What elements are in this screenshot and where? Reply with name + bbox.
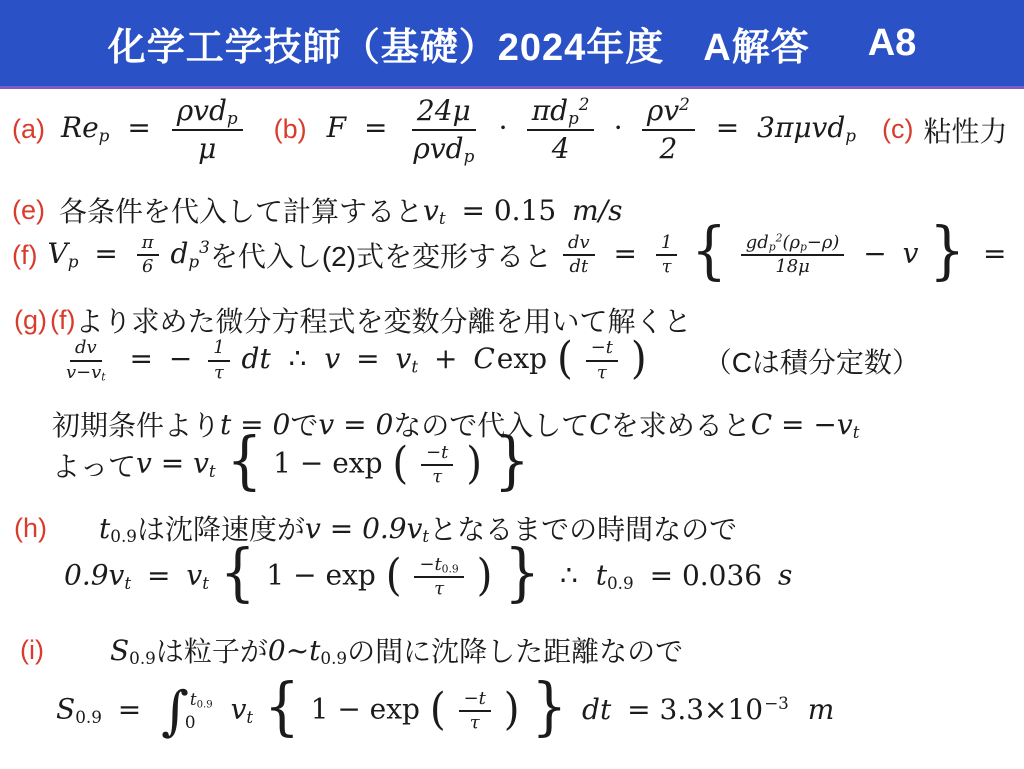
unit-m: m — [808, 693, 835, 726]
exp: exp — [497, 342, 547, 375]
unit-ms: m/s — [572, 194, 622, 227]
fraction: 1 τ — [656, 233, 677, 278]
var-C: C — [473, 342, 494, 375]
answer-e-text: 各条件を代入して計算すると — [59, 190, 423, 230]
label-e: (e) — [12, 197, 45, 224]
formula-h: 0.9vt = vt { 1 − exp ( −t0.9 τ ) } ∴ t0.… — [64, 552, 792, 602]
label-g: (g) — [14, 307, 47, 334]
answer-e-row: (e) 各条件を代入して計算すると vt = 0.15 m/s — [12, 190, 622, 230]
answer-h-heading: (h) t0.9 は沈降速度が v = 0.9vt となるまでの時間なので — [14, 508, 737, 548]
formula-f-right: dv dt = 1 τ { gdp2(ρp−ρ) 18μ − v } = 1 τ… — [560, 230, 1024, 280]
slide: 化学工学技師（基礎）2024年度 A解答 A8 (a) Rep = ρvdp μ… — [0, 0, 1024, 769]
label-f: (f) — [12, 242, 37, 269]
cdot: ⋅ — [613, 111, 623, 144]
label-g-ref-f: (f) — [50, 307, 75, 334]
therefore: ∴ — [560, 559, 578, 592]
answer-g-heading: (g) (f) より求めた微分方程式を変数分離を用いて解くと — [14, 300, 692, 340]
answers-row-abcd: (a) Rep = ρvdp μ (b) F = 24μ ρvdp ⋅ πdp2… — [12, 94, 1024, 165]
label-c: (c) — [882, 116, 913, 143]
fraction: −t τ — [421, 443, 453, 488]
page-number: A8 — [868, 22, 917, 65]
fraction: ρvdp μ — [172, 94, 243, 165]
right-brace: } — [929, 224, 965, 280]
answer-g-text: より求めた微分方程式を変数分離を用いて解くと — [75, 300, 691, 340]
var-Re: Re — [61, 111, 99, 144]
fraction: ρv2 2 — [642, 94, 695, 165]
formula-e: vt = 0.15 m/s — [423, 194, 622, 227]
formula-g3: v = vt { 1 − exp ( −t τ ) } — [136, 440, 532, 490]
label-b: (b) — [274, 116, 307, 143]
fraction: dv v−vt — [61, 338, 111, 383]
var-F: F — [327, 111, 346, 144]
answer-h-eq: 0.9vt = vt { 1 − exp ( −t0.9 τ ) } ∴ t0.… — [64, 552, 792, 602]
answer-i-eq: S0.9 = ∫ t0.9 0 vt { 1 − exp ( −t τ ) } … — [56, 686, 834, 736]
fraction: 1 τ — [208, 338, 229, 383]
label-i: (i) — [20, 637, 44, 664]
answer-g-line2: 初期条件より t = 0 で v = 0 なので代入して C を求めると C =… — [52, 404, 859, 444]
slide-title: 化学工学技師（基礎）2024年度 A解答 — [108, 16, 810, 71]
label-a: (a) — [12, 116, 45, 143]
answer-f-text: を代入し(2)式を変形すると — [210, 235, 552, 275]
formula-f-left: Vp = π 6 dp3 — [47, 233, 209, 278]
fraction: −t τ — [586, 338, 618, 383]
formula-b: F = 24μ ρvdp ⋅ πdp2 4 ⋅ ρv2 2 = 3πμvdp — [327, 94, 856, 165]
fraction: gdp2(ρp−ρ) 18μ — [741, 233, 845, 278]
answer-g-note: （Cは積分定数） — [704, 341, 920, 381]
fraction: πdp2 4 — [527, 94, 595, 165]
answer-c-text: 粘性力 — [924, 110, 1008, 150]
formula-g1: dv v−vt = − 1 τ dt ∴ v = vt + Cexp ( −t … — [58, 338, 648, 383]
fraction: −t τ — [459, 689, 491, 734]
sub-p: p — [99, 125, 110, 145]
answer-i-heading: (i) S0.9 は粒子が 0~t0.9 の間に沈降した距離なので — [20, 630, 683, 670]
fraction: π 6 — [137, 233, 159, 278]
answer-f-row: (f) Vp = π 6 dp3 を代入し(2)式を変形すると dv dt = … — [12, 230, 1024, 280]
header-bar: 化学工学技師（基礎）2024年度 A解答 A8 — [0, 0, 1024, 89]
label-h: (h) — [14, 515, 47, 542]
formula-a: Rep = ρvdp μ — [61, 94, 246, 165]
fraction: −t0.9 τ — [414, 555, 463, 600]
answer-g-eq1: dv v−vt = − 1 τ dt ∴ v = vt + Cexp ( −t … — [58, 338, 920, 383]
therefore: ∴ — [289, 342, 307, 375]
left-brace: { — [691, 224, 727, 280]
formula-i: S0.9 = ∫ t0.9 0 vt { 1 − exp ( −t τ ) } … — [56, 686, 834, 736]
unit-s: s — [778, 559, 792, 592]
fraction: dv dt — [563, 233, 595, 278]
equals: = — [127, 111, 150, 144]
answer-g-line3: よって v = vt { 1 − exp ( −t τ ) } — [52, 440, 532, 490]
integral: ∫ t0.9 0 — [161, 689, 218, 734]
cdot: ⋅ — [498, 111, 508, 144]
fraction: 24μ ρvdp — [408, 94, 479, 165]
